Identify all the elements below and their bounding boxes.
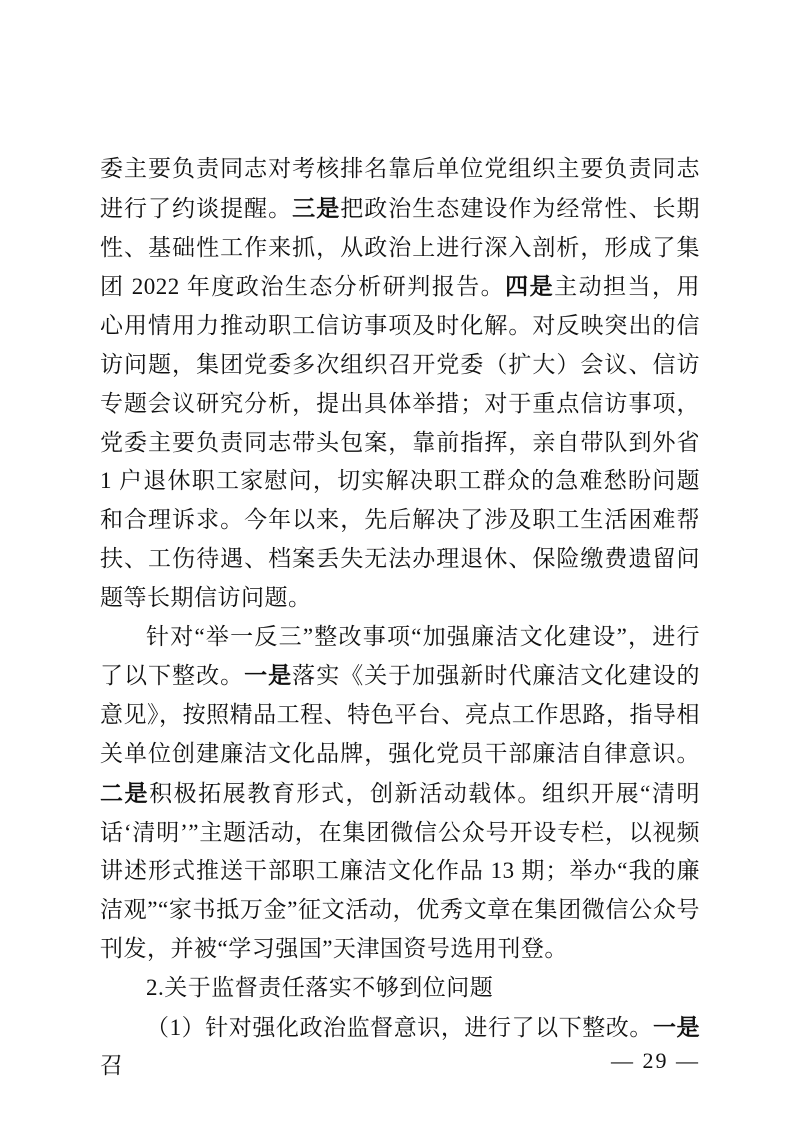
paragraph: 针对“举一反三”整改事项“加强廉洁文化建设”，进行了以下整改。一是落实《关于加强…	[100, 618, 700, 969]
emphasis-run: 一是	[244, 662, 292, 688]
text-run: 主动担当，用心用情用力推动职工信访事项及时化解。对反映突出的信访问题，集团党委多…	[100, 274, 700, 609]
paragraph: （1）针对强化政治监督意识，进行了以下整改。一是召	[100, 1008, 700, 1087]
emphasis-run: 二是	[100, 780, 149, 806]
emphasis-run: 一是	[653, 1014, 700, 1040]
paragraph-heading: 2.关于监督责任落实不够到位问题	[100, 969, 700, 1008]
text-run: （1）针对强化政治监督意识，进行了以下整改。	[146, 1015, 653, 1040]
emphasis-run: 三是	[292, 195, 340, 221]
document-body: 委主要负责同志对考核排名靠后单位党组织主要负责同志进行了约谈提醒。三是把政治生态…	[100, 150, 700, 1086]
text-run: 召	[100, 1053, 124, 1078]
text-run: 积极拓展教育形式，创新活动载体。组织开展“清明话‘清明’”主题活动，在集团微信公…	[100, 781, 700, 961]
document-page: 委主要负责同志对考核排名靠后单位党组织主要负责同志进行了约谈提醒。三是把政治生态…	[0, 0, 800, 1131]
text-run: 2.关于监督责任落实不够到位问题	[146, 975, 493, 1000]
page-number: — 29 —	[611, 1046, 700, 1076]
paragraph: 委主要负责同志对考核排名靠后单位党组织主要负责同志进行了约谈提醒。三是把政治生态…	[100, 150, 700, 618]
emphasis-run: 四是	[505, 273, 554, 299]
